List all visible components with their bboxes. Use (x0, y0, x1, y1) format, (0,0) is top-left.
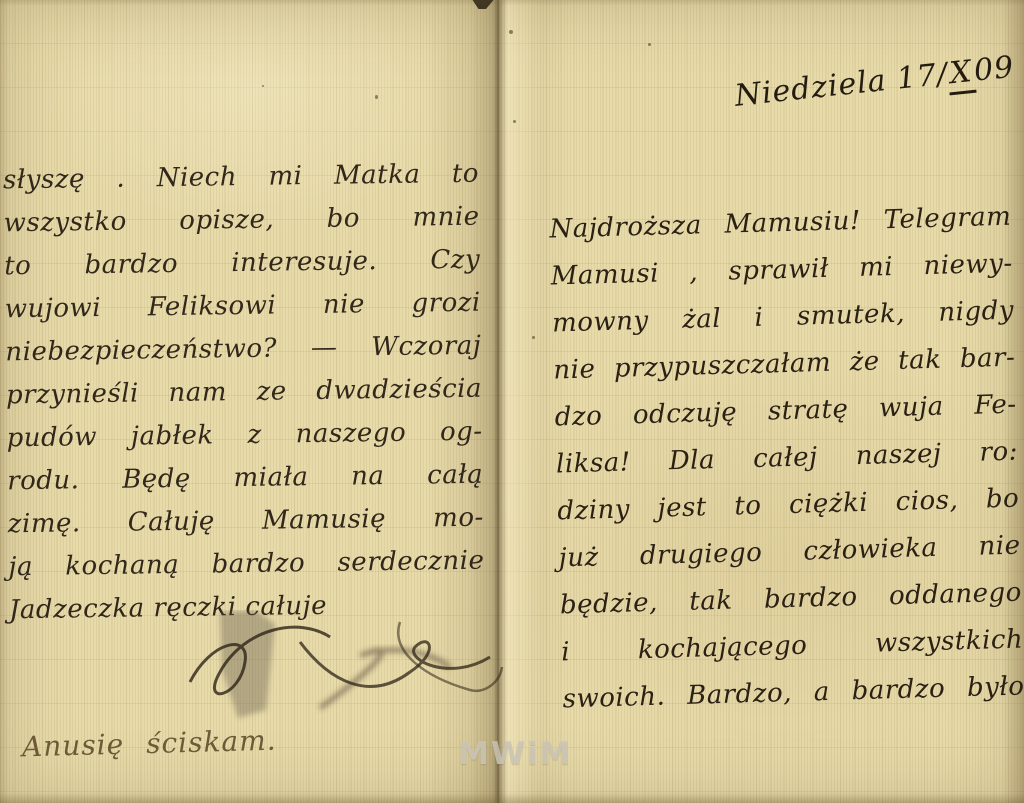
ink-speck (513, 120, 516, 123)
handwriting-line: wszystko opisze, bo mnie (3, 196, 480, 246)
ink-speck (375, 95, 378, 99)
signature-flourish (70, 610, 510, 740)
left-page-text: słyszę . Niech mi Matka to wszystko opis… (3, 153, 486, 633)
date-month-numeral: X (946, 54, 976, 96)
handwriting-line: zimę. Całuję Mamusię mo- (8, 497, 485, 547)
handwriting-line: pudów jabłek z naszego og- (6, 411, 483, 461)
ink-speck (648, 43, 651, 46)
right-page-text: Najdroższa Mamusiu! Telegram Mamusi , sp… (549, 194, 1024, 724)
page-edge-bottom (0, 793, 1024, 803)
handwriting-line: niebezpieczeństwo? — Wczoraj (5, 325, 482, 375)
date-year: 09 (972, 50, 1016, 89)
handwriting-line: rodu. Będę miała na całą (7, 454, 484, 504)
handwriting-line: przynieśli nam ze dwadzieścia (6, 368, 483, 418)
ink-speck (262, 85, 264, 87)
handwriting-line: słyszę . Niech mi Matka to (3, 153, 480, 203)
page-edge-top (0, 0, 1024, 6)
letter-scan: Niedziela 17/X09 słyszę . Niech mi Matka… (0, 0, 1024, 803)
date-line: Niedziela 17/X09 (699, 50, 1016, 118)
ink-speck (509, 30, 513, 34)
watermark: MWiM (458, 736, 573, 772)
date-prefix: Niedziela 17/ (733, 57, 950, 114)
handwriting-line: to bardzo interesuje. Czy (4, 239, 481, 289)
handwriting-line: wujowi Feliksowi nie grozi (5, 282, 482, 332)
handwriting-line: ją kochaną bardzo serdecznie (8, 540, 485, 590)
ink-speck (532, 336, 535, 339)
